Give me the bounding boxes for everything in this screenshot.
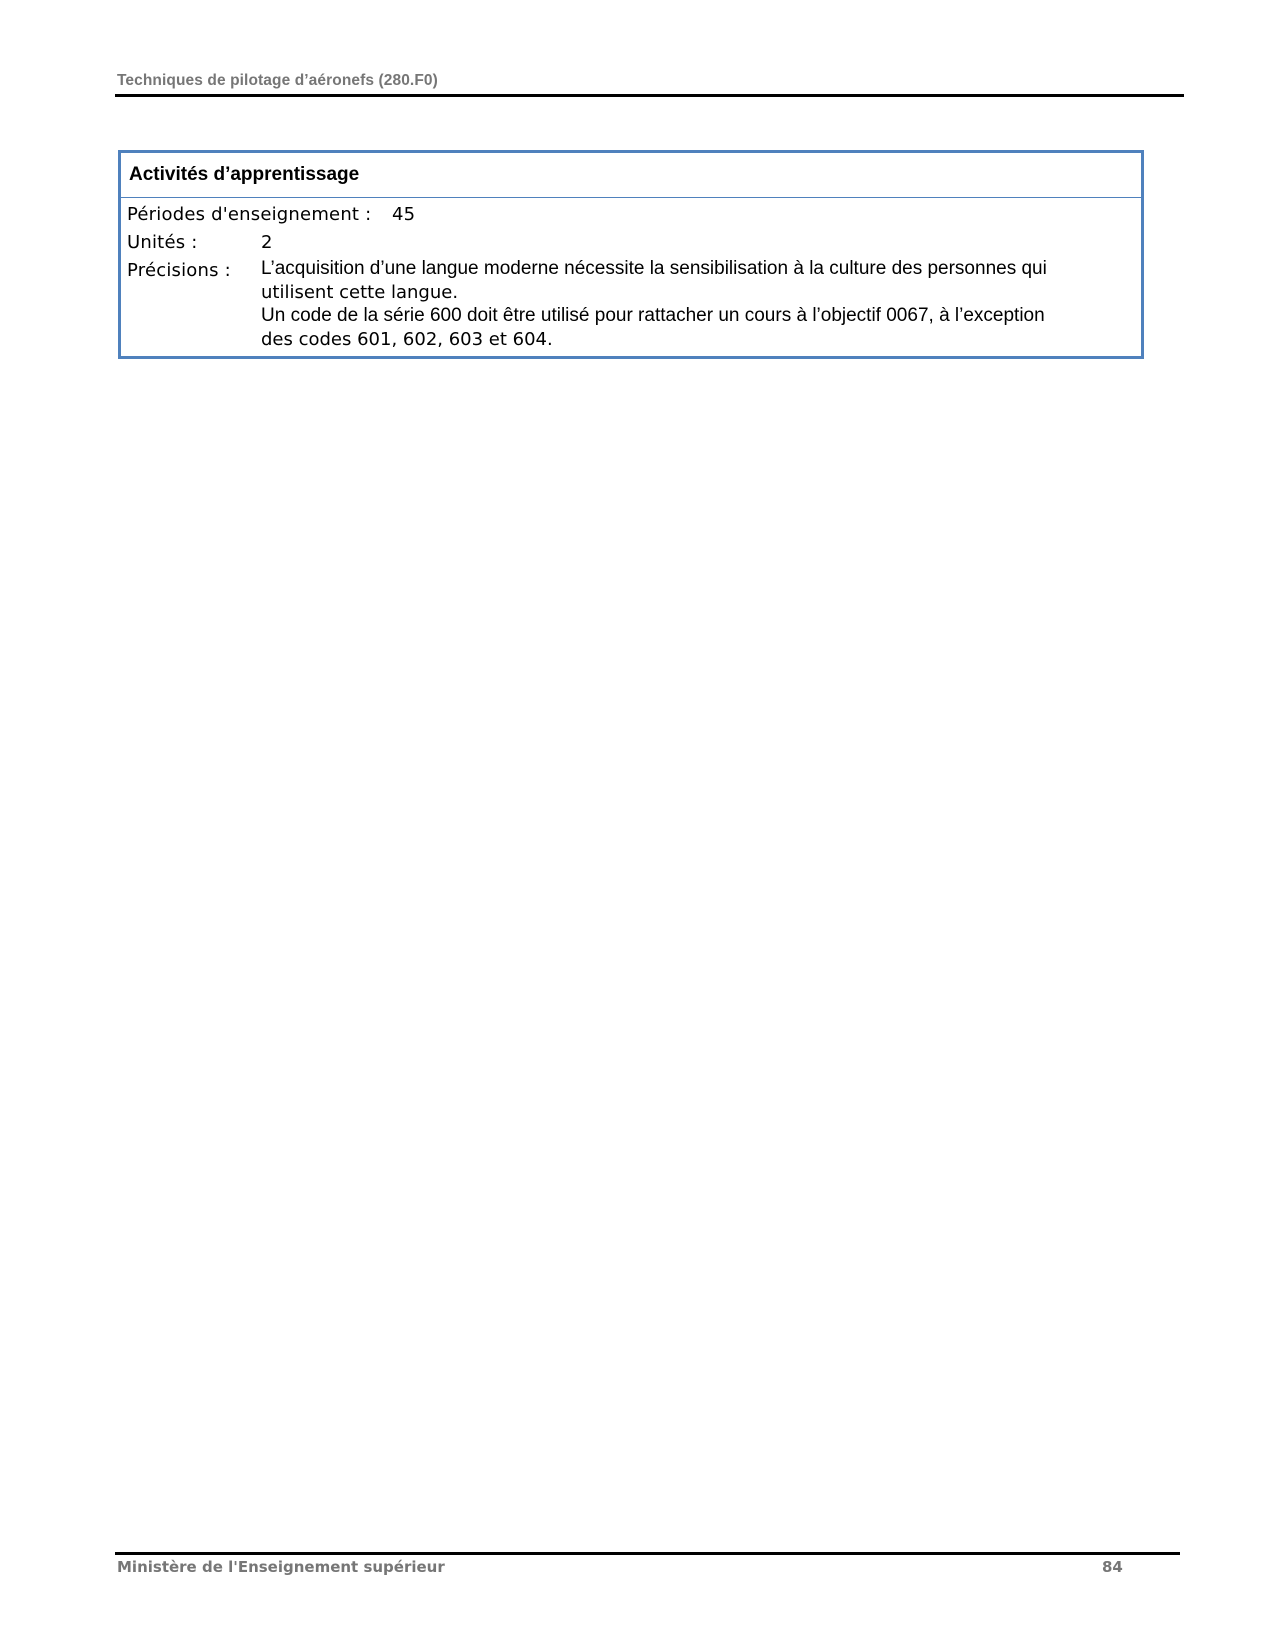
- box-title: Activités d’apprentissage: [129, 164, 359, 186]
- header-rule: [115, 94, 1184, 97]
- precisions-line-2: utilisent cette langue.: [261, 281, 1141, 305]
- precisions-line-1: L’acquisition d’une langue moderne néces…: [261, 257, 1141, 281]
- periodes-label: Périodes d'enseignement :: [127, 204, 371, 225]
- learning-activities-box: Activités d’apprentissage Périodes d'ens…: [118, 150, 1144, 359]
- precisions-line-3: Un code de la série 600 doit être utilis…: [261, 304, 1141, 328]
- box-divider: [121, 197, 1141, 198]
- precisions-label: Précisions :: [127, 260, 231, 281]
- page-number: 84: [1102, 1558, 1123, 1576]
- periodes-value: 45: [392, 204, 415, 225]
- footer-ministry: Ministère de l'Enseignement supérieur: [117, 1558, 445, 1576]
- unites-value: 2: [261, 232, 273, 253]
- precisions-text: L’acquisition d’une langue moderne néces…: [261, 257, 1141, 351]
- footer-rule: [115, 1552, 1180, 1555]
- precisions-line-4: des codes 601, 602, 603 et 604.: [261, 328, 1141, 352]
- unites-label: Unités :: [127, 232, 197, 253]
- running-header-title: Techniques de pilotage d’aéronefs (280.F…: [117, 72, 438, 90]
